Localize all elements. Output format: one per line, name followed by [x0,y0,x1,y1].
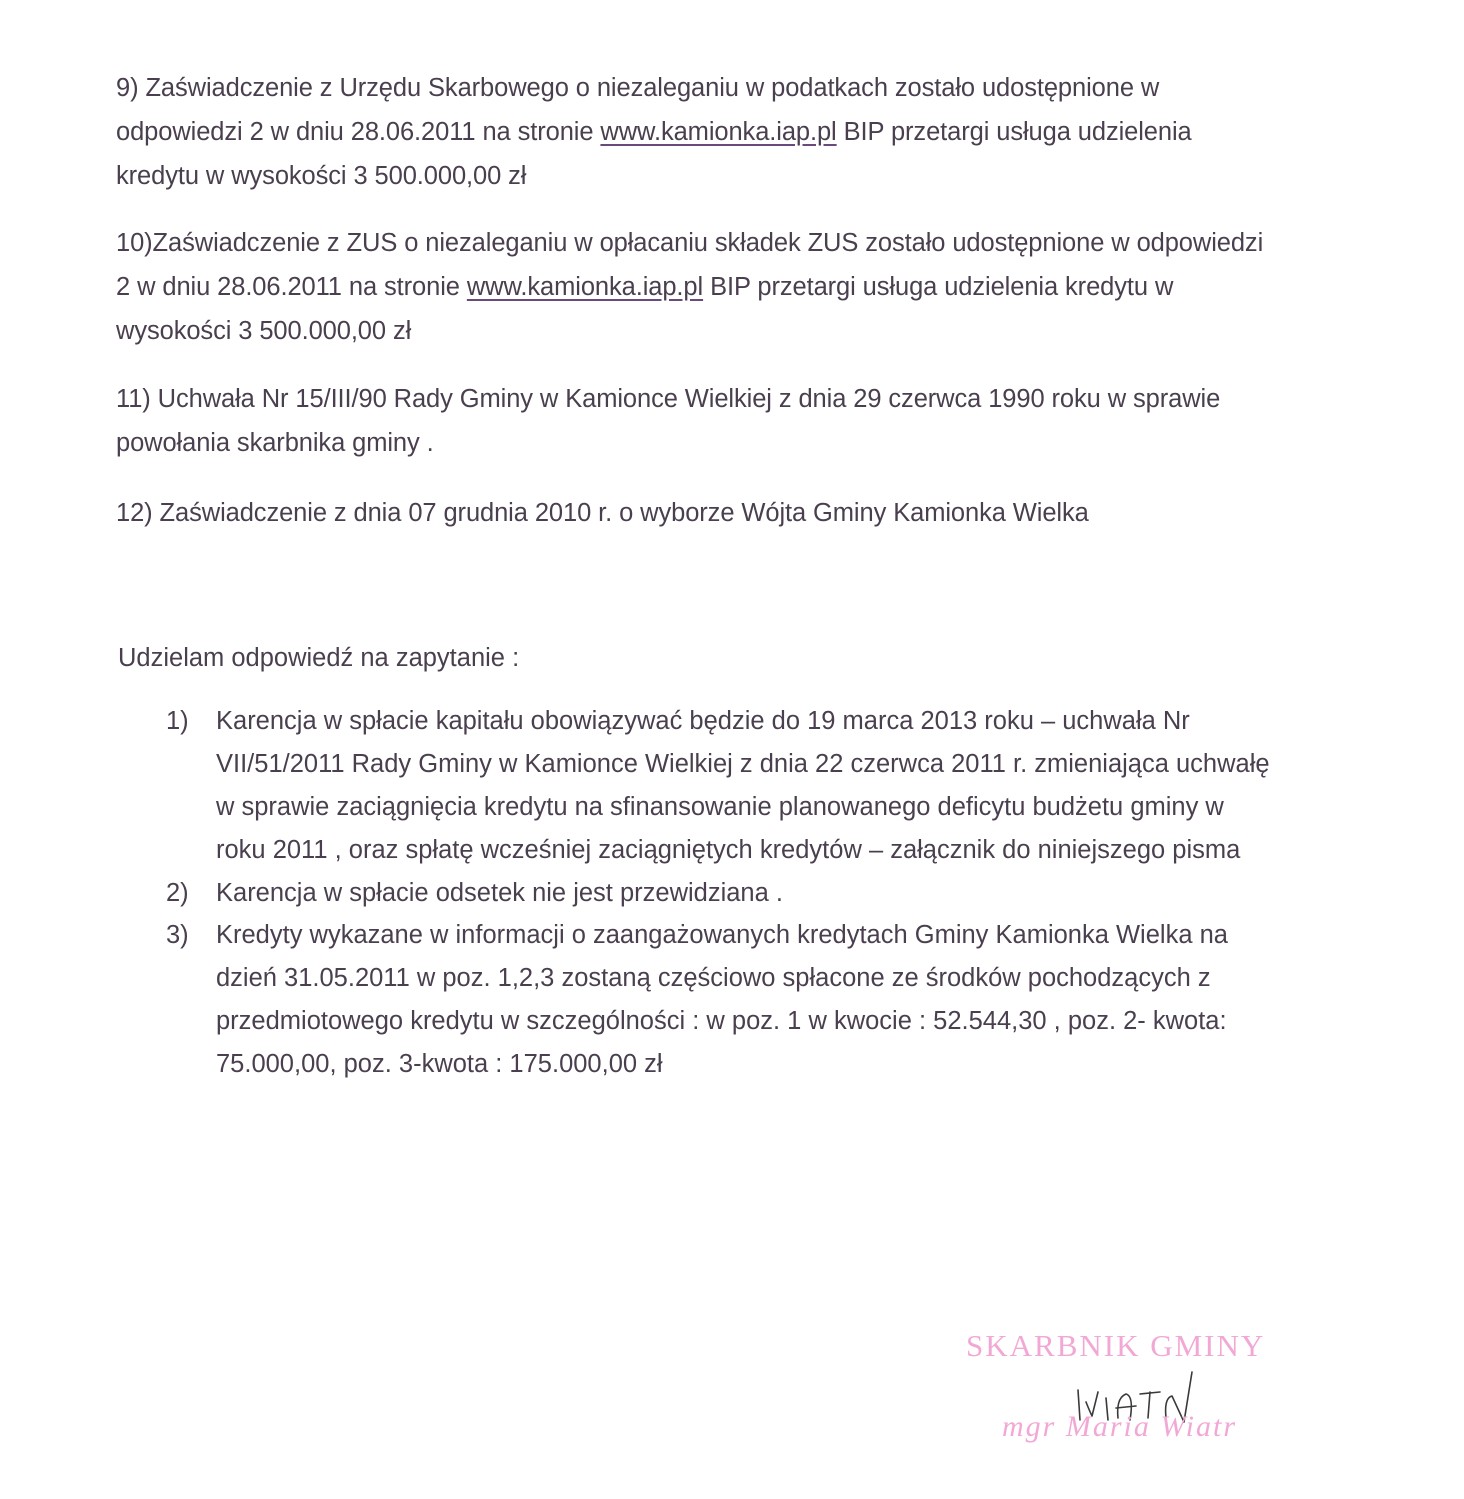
text-line: 75.000,00, poz. 3-kwota : 175.000,00 zł [216,1043,1228,1086]
text-line: Karencja w spłacie kapitału obowiązywać … [216,700,1270,743]
text-line: dzień 31.05.2011 w poz. 1,2,3 zostaną cz… [216,957,1228,1000]
text-line: wysokości 3 500.000,00 zł [116,309,1376,353]
text-line: Kredyty wykazane w informacji o zaangażo… [216,914,1228,957]
answer-intro: Udzielam odpowiedź na zapytanie : [118,636,519,680]
text-segment: odpowiedzi 2 w dniu 28.06.2011 na stroni… [116,118,600,146]
website-link[interactable]: www.kamionka.iap.pl [600,118,836,146]
text-line: 12) Zaświadczenie z dnia 07 grudnia 2010… [116,491,1376,535]
text-line: 10)Zaświadczenie z ZUS o niezaleganiu w … [116,221,1376,265]
text-line: 9) Zaświadczenie z Urzędu Skarbowego o n… [116,66,1376,110]
text-line: 11) Uchwała Nr 15/III/90 Rady Gminy w Ka… [116,377,1376,421]
answer-body: Karencja w spłacie kapitału obowiązywać … [216,700,1270,872]
stamp-title: SKARBNIK GMINY [966,1328,1265,1364]
attachment-item-12: 12) Zaświadczenie z dnia 07 grudnia 2010… [116,491,1376,535]
text-line: odpowiedzi 2 w dniu 28.06.2011 na stroni… [116,110,1376,154]
list-number: 2) [166,872,211,915]
text-line: VII/51/2011 Rady Gminy w Kamionce Wielki… [216,743,1270,786]
text-segment: BIP przetargi usługa udzielenia kredytu … [703,273,1173,301]
attachment-item-9: 9) Zaświadczenie z Urzędu Skarbowego o n… [116,66,1376,198]
text-line: roku 2011 , oraz spłatę wcześniej zaciąg… [216,829,1270,872]
text-line: kredytu w wysokości 3 500.000,00 zł [116,154,1376,198]
text-line: przedmiotowego kredytu w szczególności :… [216,1000,1228,1043]
answer-body: Kredyty wykazane w informacji o zaangażo… [216,914,1228,1086]
text-line: w sprawie zaciągnięcia kredytu na sfinan… [216,786,1270,829]
text-line: 2 w dniu 28.06.2011 na stronie www.kamio… [116,265,1376,309]
stamp-name: mgr Maria Wiatr [1002,1410,1237,1444]
text-line: powołania skarbnika gminy . [116,421,1376,465]
attachment-item-11: 11) Uchwała Nr 15/III/90 Rady Gminy w Ka… [116,377,1376,465]
list-number: 3) [166,914,211,957]
website-link[interactable]: www.kamionka.iap.pl [467,273,703,301]
answer-body: Karencja w spłacie odsetek nie jest prze… [216,872,783,915]
text-line: Karencja w spłacie odsetek nie jest prze… [216,872,783,915]
document-page: 9) Zaświadczenie z Urzędu Skarbowego o n… [0,0,1464,1499]
list-number: 1) [166,700,211,743]
text-segment: BIP przetargi usługa udzielenia [837,118,1192,146]
treasurer-stamp: SKARBNIK GMINY mgr Maria Wiatr [966,1322,1346,1462]
text-segment: 2 w dniu 28.06.2011 na stronie [116,273,467,301]
attachment-item-10: 10)Zaświadczenie z ZUS o niezaleganiu w … [116,221,1376,353]
